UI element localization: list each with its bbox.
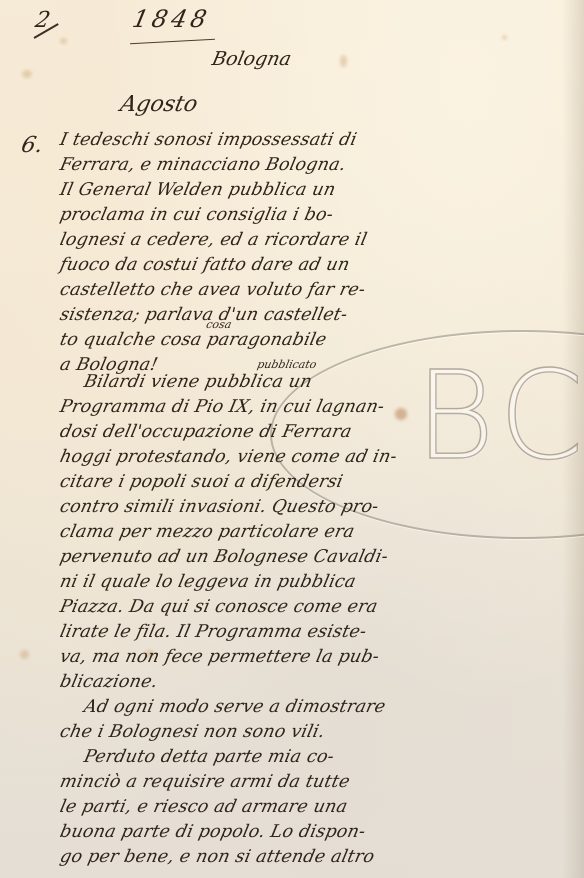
text-line: minciò a requisire armi da tutte bbox=[58, 772, 352, 792]
text-line: clama per mezzo particolare era bbox=[58, 522, 356, 542]
month-heading: Agosto bbox=[118, 92, 200, 117]
text-line: Perduto detta parte mia co- bbox=[82, 747, 336, 767]
interlinear-insertion: pubblicato bbox=[256, 358, 318, 371]
text-line: citare i popoli suoi a difendersi bbox=[58, 472, 345, 492]
text-line: Programma di Pio IX, in cui lagnan- bbox=[58, 397, 386, 417]
foxing-spot bbox=[20, 650, 29, 659]
text-line: fuoco da costui fatto dare ad un bbox=[58, 255, 352, 275]
text-line: sistenza; parlava d'un castellet- bbox=[58, 305, 349, 325]
year-underline bbox=[130, 39, 215, 45]
year-heading: 1848 bbox=[130, 5, 213, 33]
text-line: proclama in cui consiglia i bo- bbox=[58, 205, 335, 225]
day-number: 6. bbox=[19, 133, 45, 158]
text-line: castelletto che avea voluto far re- bbox=[58, 280, 367, 300]
text-line: va, ma non fece permettere la pub- bbox=[58, 647, 381, 667]
text-line: lirate le fila. Il Programma esiste- bbox=[58, 622, 368, 642]
text-line: I tedeschi sonosi impossessati di bbox=[58, 130, 359, 150]
text-line: go per bene, e non si attende altro bbox=[58, 847, 376, 867]
interlinear-insertion: cosa bbox=[205, 318, 233, 331]
foxing-spot bbox=[60, 38, 67, 44]
text-line: Il General Welden pubblica un bbox=[58, 180, 337, 200]
text-line: ni il quale lo leggeva in pubblica bbox=[58, 572, 358, 592]
text-line: buona parte di popolo. Lo dispon- bbox=[58, 822, 367, 842]
watermark-bc: BC bbox=[415, 355, 584, 477]
text-line: dosi dell'occupazione di Ferrara bbox=[58, 422, 354, 442]
foxing-spot bbox=[340, 55, 347, 67]
text-line: Bilardi viene pubblica un bbox=[82, 372, 314, 392]
text-line: to qualche cosa paragonabile bbox=[58, 330, 328, 350]
foxing-spot bbox=[502, 35, 507, 40]
text-line: Ferrara, e minacciano Bologna. bbox=[58, 155, 348, 175]
text-line: blicazione. bbox=[58, 672, 160, 692]
text-line: lognesi a cedere, ed a ricordare il bbox=[58, 230, 369, 250]
manuscript-page: BC 2 1848 Bologna Agosto 6. I tedeschi s… bbox=[0, 0, 584, 878]
text-line: Piazza. Da qui si conosce come era bbox=[58, 597, 380, 617]
text-line: le parti, e riesco ad armare una bbox=[58, 797, 349, 817]
text-line: Ad ogni modo serve a dimostrare bbox=[82, 697, 387, 717]
text-line: che i Bolognesi non sono vili. bbox=[58, 722, 327, 742]
text-line: pervenuto ad un Bolognese Cavaldi- bbox=[58, 547, 390, 567]
text-line: contro simili invasioni. Questo pro- bbox=[58, 497, 380, 517]
foxing-spot bbox=[22, 70, 32, 78]
text-line: hoggi protestando, viene come ad in- bbox=[58, 447, 399, 467]
city-heading: Bologna bbox=[210, 48, 293, 70]
